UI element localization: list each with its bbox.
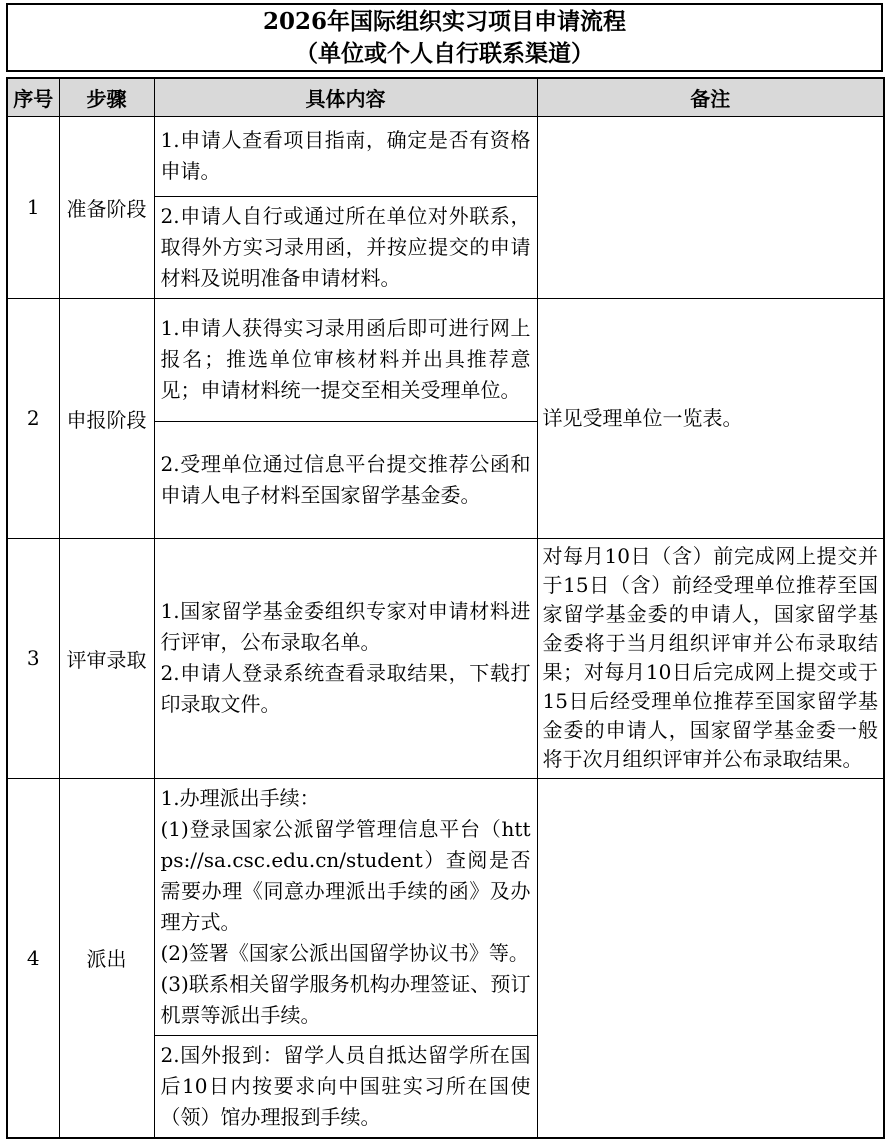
note-cell-2: 详见受理单位一览表。 bbox=[537, 298, 884, 538]
note-cell-3: 对每月10日（含）前完成网上提交并于15日（含）前经受理单位推荐至国家留学基金委… bbox=[537, 538, 884, 778]
header-step: 步骤 bbox=[59, 78, 154, 116]
document-page: 2026年国际组织实习项目申请流程 （单位或个人自行联系渠道） 序号 步骤 具体… bbox=[0, 0, 889, 1124]
seq-cell-3: 3 bbox=[7, 538, 59, 778]
seq-cell-4: 4 bbox=[7, 778, 59, 1138]
content-cell-2-1: 1.申请人获得实习录用函后即可进行网上报名；推选单位审核材料并出具推荐意见；申请… bbox=[154, 298, 537, 421]
content-cell-4-1: 1.办理派出手续： (1)登录国家公派留学管理信息平台（https://sa.c… bbox=[154, 778, 537, 1035]
document-title-line1: 2026年国际组织实习项目申请流程 bbox=[263, 6, 626, 38]
document-title-line2: （单位或个人自行联系渠道） bbox=[295, 38, 594, 70]
content-cell-1-1: 1.申请人查看项目指南，确定是否有资格申请。 bbox=[154, 116, 537, 196]
table-row: 4 派出 1.办理派出手续： (1)登录国家公派留学管理信息平台（https:/… bbox=[7, 778, 884, 1035]
header-seq: 序号 bbox=[7, 78, 59, 116]
table-row: 3 评审录取 1.国家留学基金委组织专家对申请材料进行评审，公布录取名单。 2.… bbox=[7, 538, 884, 778]
content-cell-4-2: 2.国外报到：留学人员自抵达留学所在国后10日内按要求向中国驻实习所在国使（领）… bbox=[154, 1035, 537, 1138]
note-cell-4 bbox=[537, 778, 884, 1138]
document-title-box: 2026年国际组织实习项目申请流程 （单位或个人自行联系渠道） bbox=[6, 3, 883, 72]
content-cell-3-1: 1.国家留学基金委组织专家对申请材料进行评审，公布录取名单。 2.申请人登录系统… bbox=[154, 538, 537, 778]
seq-cell-2: 2 bbox=[7, 298, 59, 538]
note-cell-1 bbox=[537, 116, 884, 298]
header-note: 备注 bbox=[537, 78, 884, 116]
table-header-row: 序号 步骤 具体内容 备注 bbox=[7, 78, 884, 116]
process-table: 序号 步骤 具体内容 备注 1 准备阶段 1.申请人查看项目指南，确定是否有资格… bbox=[6, 77, 885, 1139]
step-cell-2: 申报阶段 bbox=[59, 298, 154, 538]
step-cell-4: 派出 bbox=[59, 778, 154, 1138]
seq-cell-1: 1 bbox=[7, 116, 59, 298]
table-row: 2 申报阶段 1.申请人获得实习录用函后即可进行网上报名；推选单位审核材料并出具… bbox=[7, 298, 884, 421]
header-content: 具体内容 bbox=[154, 78, 537, 116]
table-row: 1 准备阶段 1.申请人查看项目指南，确定是否有资格申请。 bbox=[7, 116, 884, 196]
step-cell-1: 准备阶段 bbox=[59, 116, 154, 298]
content-cell-1-2: 2.申请人自行或通过所在单位对外联系，取得外方实习录用函，并按应提交的申请材料及… bbox=[154, 196, 537, 298]
content-cell-2-2: 2.受理单位通过信息平台提交推荐公函和申请人电子材料至国家留学基金委。 bbox=[154, 421, 537, 538]
step-cell-3: 评审录取 bbox=[59, 538, 154, 778]
